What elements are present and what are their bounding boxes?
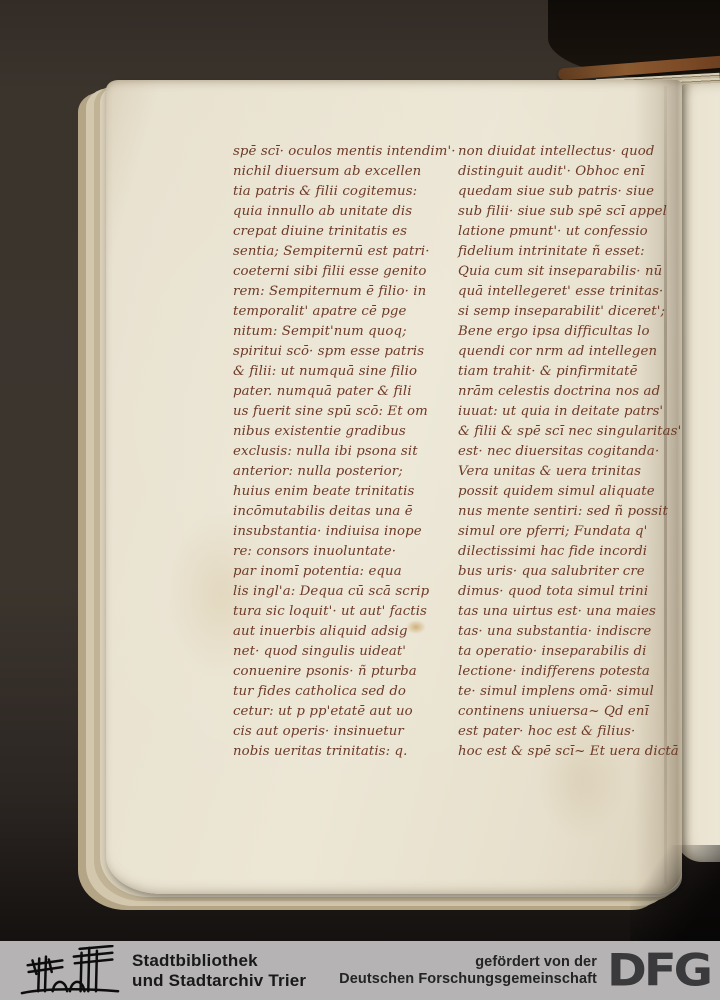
manuscript-line: net· quod singulis uideat' bbox=[233, 642, 461, 662]
manuscript-line: distinguit audit'· Obhoc enī bbox=[458, 162, 676, 182]
manuscript-line: nobis ueritas trinitatis: q. bbox=[233, 742, 461, 762]
manuscript-line: dilectissimi hac fide incordi bbox=[458, 542, 676, 562]
manuscript-line: par inomī potentia: equa bbox=[233, 562, 461, 582]
manuscript-line: lis ingl'a: Dequa cū scā scrip bbox=[233, 582, 461, 602]
manuscript-line: bus uris· qua salubriter cre bbox=[458, 562, 676, 582]
manuscript-line: non diuidat intellectus· quod bbox=[458, 142, 676, 162]
manuscript-line: quia innullo ab unitate dis bbox=[233, 202, 461, 222]
manuscript-line: dimus· quod tota simul trini bbox=[458, 582, 676, 602]
manuscript-line: & filii: ut numquā sine filio bbox=[233, 362, 461, 382]
manuscript-line: hoc est & spē scī~ Et uera dictā bbox=[458, 742, 676, 762]
manuscript-line: coeterni sibi filii esse genito bbox=[233, 262, 461, 282]
manuscript-line: cetur: ut p pp'etatē aut uo bbox=[233, 702, 461, 722]
manuscript-line: incōmutabilis deitas una ē bbox=[233, 502, 461, 522]
manuscript-line: sentia; Sempiternū est patri· bbox=[233, 242, 461, 262]
manuscript-page: spē scī· oculos mentis intendim'·nichil … bbox=[106, 80, 682, 894]
footer-banner: Stadtbibliothek und Stadtarchiv Trier ge… bbox=[0, 941, 720, 1000]
manuscript-line: nrām celestis doctrina nos ad bbox=[458, 382, 676, 402]
manuscript-line: nibus existentie gradibus bbox=[233, 422, 461, 442]
manuscript-line: cis aut operis· insinuetur bbox=[233, 722, 461, 742]
library-name-line2: und Stadtarchiv Trier bbox=[132, 971, 306, 991]
manuscript-line: ta operatio· inseparabilis di bbox=[458, 642, 676, 662]
manuscript-line: anterior: nulla posterior; bbox=[233, 462, 461, 482]
manuscript-line: nitum: Sempit'num quoq; bbox=[233, 322, 461, 342]
dfg-logo: DFG bbox=[607, 948, 710, 992]
manuscript-line: quendi cor nrm ad intellegen bbox=[458, 342, 676, 362]
manuscript-line: est· nec diuersitas cogitanda· bbox=[458, 442, 676, 462]
manuscript-line: te· simul implens omā· simul bbox=[458, 682, 676, 702]
manuscript-line: quedam siue sub patris· siue bbox=[458, 182, 676, 202]
manuscript-line: Bene ergo ipsa difficultas lo bbox=[458, 322, 676, 342]
manuscript-line: fidelium intrinitate ñ esset: bbox=[458, 242, 676, 262]
funding-credit-line2: Deutschen Forschungsgemeinschaft bbox=[339, 971, 597, 988]
manuscript-line: possit quidem simul aliquate bbox=[458, 482, 676, 502]
manuscript-column-left: spē scī· oculos mentis intendim'·nichil … bbox=[233, 142, 461, 762]
manuscript-line: si semp inseparabilit' diceret'; bbox=[458, 302, 676, 322]
manuscript-line: re: consors inuoluntate· bbox=[233, 542, 461, 562]
manuscript-line: rem: Sempiternum ē filio· in bbox=[233, 282, 461, 302]
manuscript-line: exclusis: nulla ibi psona sit bbox=[233, 442, 461, 462]
manuscript-line: tas· una substantia· indiscre bbox=[458, 622, 676, 642]
manuscript-line: spē scī· oculos mentis intendim'· bbox=[233, 142, 461, 162]
manuscript-line: iuuat: ut quia in deitate patrs' bbox=[458, 402, 676, 422]
manuscript-line: continens uniuersa~ Qd enī bbox=[458, 702, 676, 722]
manuscript-line: est pater· hoc est & filius· bbox=[458, 722, 676, 742]
facing-page-sliver bbox=[676, 84, 720, 862]
manuscript-line: crepat diuine trinitatis es bbox=[233, 222, 461, 242]
library-name: Stadtbibliothek und Stadtarchiv Trier bbox=[132, 951, 306, 991]
manuscript-line: huius enim beate trinitatis bbox=[233, 482, 461, 502]
manuscript-column-right: non diuidat intellectus· quoddistinguit … bbox=[458, 142, 676, 762]
manuscript-line: simul ore pferri; Fundata q' bbox=[458, 522, 676, 542]
library-name-line1: Stadtbibliothek bbox=[132, 951, 306, 971]
funding-credit: gefördert von der Deutschen Forschungsge… bbox=[339, 954, 597, 988]
manuscript-line: & filii & spē scī nec singularitas' bbox=[458, 422, 676, 442]
manuscript-line: tia patris & filii cogitemus: bbox=[233, 182, 461, 202]
manuscript-line: tiam trahit· & pinfirmitatē bbox=[458, 362, 676, 382]
manuscript-line: quā intellegeret' esse trinitas· bbox=[458, 282, 676, 302]
photo-canvas: spē scī· oculos mentis intendim'·nichil … bbox=[0, 0, 720, 941]
manuscript-line: tura sic loquit'· ut aut' factis bbox=[233, 602, 461, 622]
manuscript-line: temporalit' apatre cē pge bbox=[233, 302, 461, 322]
manuscript-line: Quia cum sit inseparabilis· nū bbox=[458, 262, 676, 282]
manuscript-line: insubstantia· indiuisa inope bbox=[233, 522, 461, 542]
manuscript-line: tas una uirtus est· una maies bbox=[458, 602, 676, 622]
manuscript-line: conuenire psonis· ñ pturba bbox=[233, 662, 461, 682]
manuscript-line: spiritui scō· spm esse patris bbox=[233, 342, 461, 362]
manuscript-line: Vera unitas & uera trinitas bbox=[458, 462, 676, 482]
manuscript-line: sub filii· siue sub spē scī appel bbox=[458, 202, 676, 222]
manuscript-line: nus mente sentiri: sed ñ possit bbox=[458, 502, 676, 522]
manuscript-line: lectione· indifferens potesta bbox=[458, 662, 676, 682]
manuscript-line: latione pmunt'· ut confessio bbox=[458, 222, 676, 242]
shadow-corner bbox=[630, 845, 720, 941]
manuscript-line: tur fides catholica sed do bbox=[233, 682, 461, 702]
porta-nigra-logo-icon bbox=[20, 945, 120, 997]
manuscript-line: nichil diuersum ab excellen bbox=[233, 162, 461, 182]
manuscript-line: us fuerit sine spū scō: Et om bbox=[233, 402, 461, 422]
manuscript-line: pater. numquā pater & fili bbox=[233, 382, 461, 402]
funding-credit-line1: gefördert von der bbox=[339, 954, 597, 971]
manuscript-line: aut inuerbis aliquid adsig bbox=[233, 622, 461, 642]
